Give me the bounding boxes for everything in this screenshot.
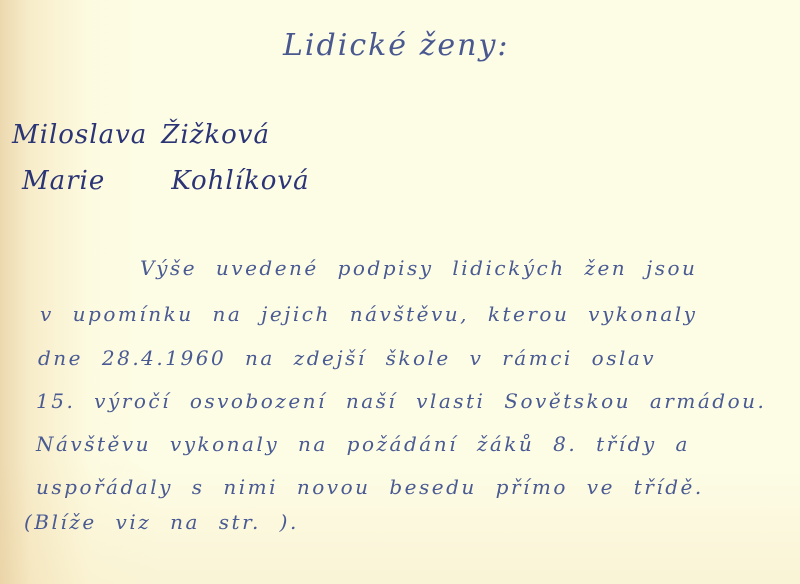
paragraph-line: (Blíže viz na str. ). bbox=[24, 510, 299, 534]
signature-2: Marie Kohlíková bbox=[22, 166, 310, 196]
paragraph-line: 15. výročí osvobození naší vlasti Sověts… bbox=[36, 389, 766, 413]
handwritten-page: Lidické ženy: Miloslava Žižková Marie Ko… bbox=[0, 0, 800, 584]
paragraph-line: uspořádaly s nimi novou besedu přímo ve … bbox=[36, 475, 704, 499]
paragraph-line: dne 28.4.1960 na zdejší škole v rámci os… bbox=[38, 346, 656, 370]
paragraph-line: Návštěvu vykonaly na požádání žáků 8. tř… bbox=[36, 432, 690, 456]
signature-first-name: Miloslava bbox=[12, 120, 152, 150]
signature-1: Miloslava Žižková bbox=[12, 120, 270, 150]
paragraph-line: Výše uvedené podpisy lidických žen jsou bbox=[140, 256, 697, 280]
signature-first-name: Marie bbox=[22, 166, 162, 196]
signature-last-name: Kohlíková bbox=[171, 166, 309, 196]
paragraph-line: v upomínku na jejich návštěvu, kterou vy… bbox=[40, 302, 697, 326]
page-title: Lidické ženy: bbox=[283, 28, 510, 63]
signature-last-name: Žižková bbox=[161, 120, 270, 150]
